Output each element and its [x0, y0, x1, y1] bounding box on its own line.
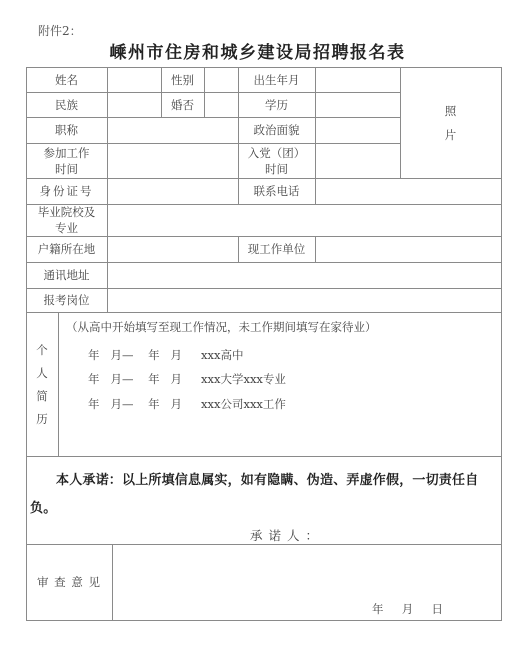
- label-hukou: 户籍所在地: [26, 236, 107, 262]
- label-work-start: 参加工作 时间: [26, 143, 107, 178]
- resume-entry-period: 年 月— 年 月: [88, 347, 182, 363]
- gender-field[interactable]: [204, 67, 238, 92]
- label-school: 毕业院校及 专业: [26, 204, 107, 236]
- label-review: 审 查 意 见: [26, 544, 112, 620]
- resume-label-char: 历: [36, 411, 48, 427]
- political-field[interactable]: [315, 117, 400, 143]
- resume-label: 个 人 简 历: [26, 312, 58, 456]
- label-marital: 婚否: [161, 92, 204, 117]
- label-line: 时间: [55, 161, 78, 177]
- photo-box[interactable]: 照 片: [400, 67, 501, 178]
- col-divider: [58, 312, 59, 456]
- resume-label-char: 个: [36, 342, 48, 358]
- label-education: 学历: [238, 92, 315, 117]
- work-start-field[interactable]: [107, 143, 238, 178]
- education-field[interactable]: [315, 92, 400, 117]
- resume-entry-period: 年 月— 年 月: [88, 371, 182, 387]
- review-date: 年 月 日: [372, 601, 443, 617]
- attachment-label: 附件2：: [38, 22, 82, 39]
- label-line: 入党（团）: [248, 145, 306, 161]
- label-name: 姓名: [26, 67, 107, 92]
- label-line: 时间: [265, 161, 288, 177]
- label-phone: 联系电话: [238, 178, 315, 204]
- border-right: [501, 67, 502, 621]
- phone-field[interactable]: [315, 178, 501, 204]
- name-field[interactable]: [107, 67, 161, 92]
- label-line: 专业: [55, 220, 78, 236]
- employer-field[interactable]: [315, 236, 501, 262]
- label-ethnicity: 民族: [26, 92, 107, 117]
- row-divider: [26, 312, 502, 313]
- ethnicity-field[interactable]: [107, 92, 161, 117]
- label-address: 通讯地址: [26, 262, 107, 288]
- label-id-number: 身份证号: [26, 178, 107, 204]
- id-number-field[interactable]: [107, 178, 238, 204]
- resume-label-char: 人: [36, 365, 48, 381]
- hukou-field[interactable]: [107, 236, 238, 262]
- position-field[interactable]: [107, 288, 501, 312]
- label-birth: 出生年月: [238, 67, 315, 92]
- form-title: 嵊州市住房和城乡建设局招聘报名表: [0, 38, 515, 63]
- resume-entry-desc: xxx高中: [201, 347, 243, 363]
- photo-label-1: 照: [445, 103, 457, 119]
- label-political: 政治面貌: [238, 117, 315, 143]
- address-field[interactable]: [107, 262, 501, 288]
- border-bottom: [26, 620, 502, 621]
- resume-hint: （从高中开始填写至现工作情况，未工作期间填写在家待业）: [66, 319, 377, 335]
- label-title-rank: 职称: [26, 117, 107, 143]
- pledge-signer-label: 承诺人：: [250, 526, 324, 544]
- row-divider: [26, 456, 502, 457]
- school-field[interactable]: [107, 204, 501, 236]
- marital-field[interactable]: [204, 92, 238, 117]
- label-line: 参加工作: [44, 145, 90, 161]
- label-party-join: 入党（团） 时间: [238, 143, 315, 178]
- label-position: 报考岗位: [26, 288, 107, 312]
- party-join-field[interactable]: [315, 143, 400, 178]
- resume-entry-desc: xxx大学xxx专业: [201, 371, 286, 387]
- label-line: 毕业院校及: [38, 204, 96, 220]
- title-rank-field[interactable]: [107, 117, 238, 143]
- label-employer: 现工作单位: [238, 236, 315, 262]
- pledge-text: 本人承诺：以上所填信息属实，如有隐瞒、伪造、弄虚作假，一切责任自负。: [30, 467, 498, 523]
- label-gender: 性别: [161, 67, 204, 92]
- resume-label-char: 简: [36, 388, 48, 404]
- resume-entry-desc: xxx公司xxx工作: [201, 396, 286, 412]
- photo-label-2: 片: [445, 127, 457, 143]
- birth-field[interactable]: [315, 67, 400, 92]
- resume-entry-period: 年 月— 年 月: [88, 396, 182, 412]
